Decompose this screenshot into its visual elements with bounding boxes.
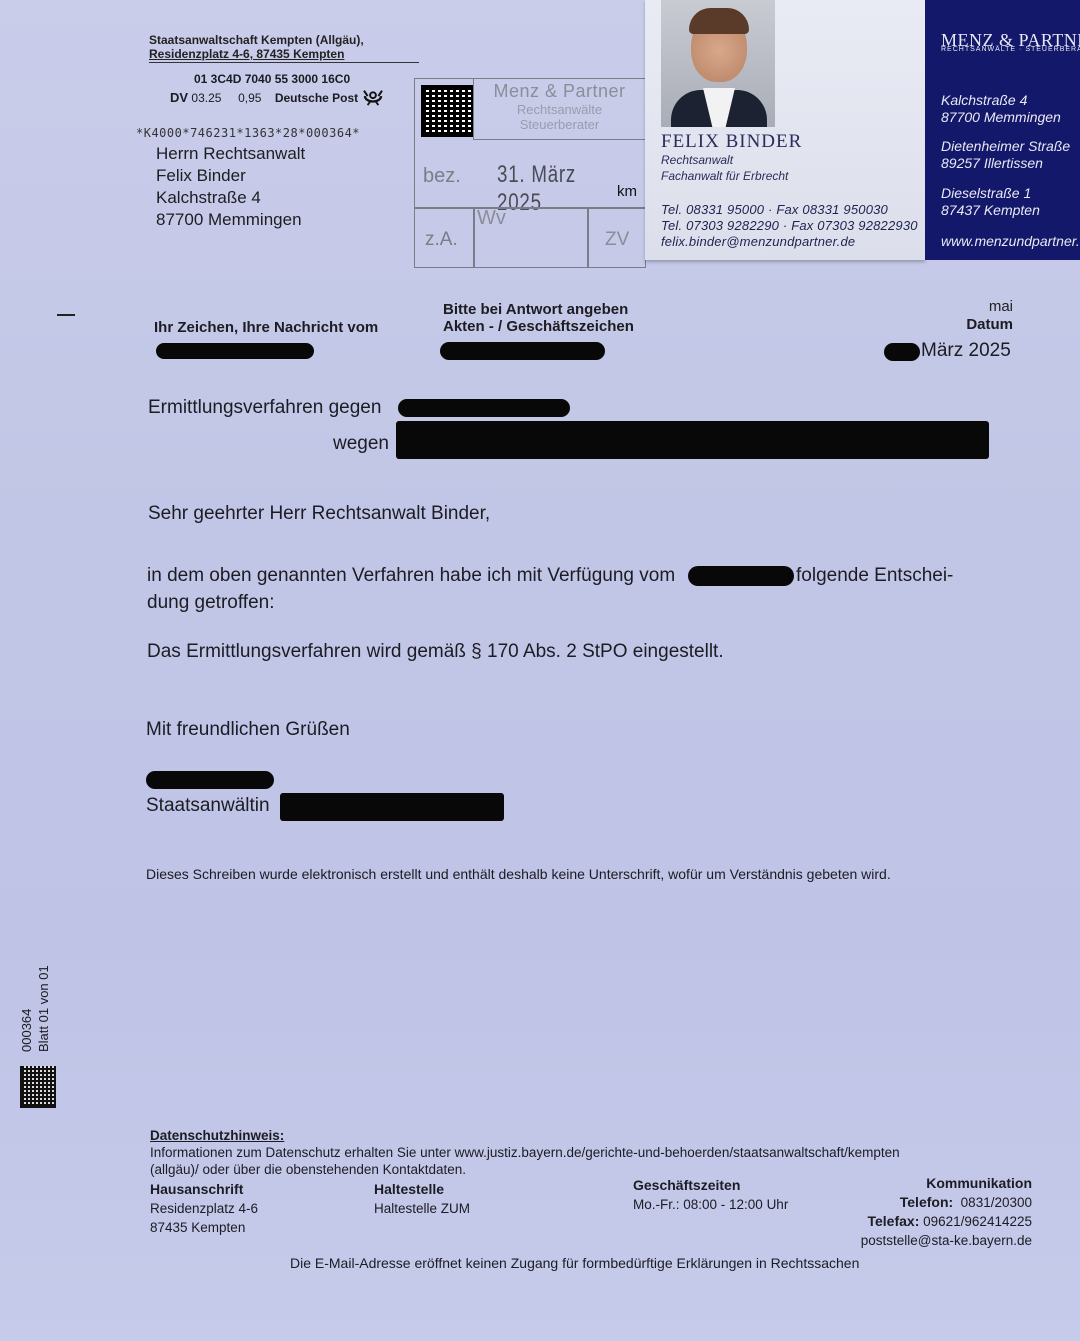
paragraph-1-end: folgende Entschei- [796, 565, 953, 587]
card-tel-1: Tel. 08331 95000 · Fax 08331 950030 [661, 202, 918, 218]
electronic-signature-note: Dieses Schreiben wurde elektronisch erst… [146, 866, 891, 882]
your-ref-label: Ihr Zeichen, Ihre Nachricht vom [154, 319, 378, 336]
our-ref-label-1: Bitte bei Antwort angeben [443, 301, 634, 318]
stamp-za-label: z.A. [425, 229, 458, 251]
salutation: Sehr geehrter Herr Rechtsanwalt Binder, [148, 503, 490, 525]
regarding-label: wegen [333, 433, 389, 455]
office-city: 87700 Memmingen [941, 109, 1061, 126]
redaction-order-date [688, 566, 794, 586]
sender-line-2: Residenzplatz 4-6, 87435 Kempten [149, 47, 364, 61]
footer-hours: Geschäftszeiten Mo.-Fr.: 08:00 - 12:00 U… [633, 1176, 788, 1214]
stop-heading: Haltestelle [374, 1181, 444, 1197]
card-email: felix.binder@menzundpartner.de [661, 234, 918, 250]
stop-value: Haltestelle ZUM [374, 1199, 470, 1218]
receipt-stamp: Menz & Partner Rechtsanwälte Steuerberat… [414, 78, 646, 268]
sender-divider [149, 62, 419, 63]
redaction-accused-name [398, 399, 570, 417]
signer-title: Staatsanwältin [146, 795, 270, 817]
phone-label: Telefon: [900, 1194, 953, 1210]
redaction-file-number [440, 342, 605, 360]
office-city: 87437 Kempten [941, 202, 1040, 219]
closing: Mit freundlichen Grüßen [146, 719, 350, 741]
office-city: 89257 Illertissen [941, 155, 1070, 172]
business-card-brand-panel: MENZ & PARTNER RECHTSANWÄLTE · STEUERBER… [925, 0, 1080, 260]
redaction-offense [396, 421, 989, 459]
stamp-firm-block: Menz & Partner Rechtsanwälte Steuerberat… [473, 79, 645, 140]
card-name: FELIX BINDER [661, 131, 802, 153]
stamp-wv-label: Wv [477, 207, 506, 230]
datamatrix-code [421, 85, 473, 137]
decision-statement: Das Ermittlungsverfahren wird gemäß § 17… [147, 641, 724, 663]
recipient-line: 87700 Memmingen [156, 209, 305, 231]
stamp-date: 31. März 2025 [497, 161, 612, 217]
recipient-address: Herrn Rechtsanwalt Felix Binder Kalchstr… [156, 143, 305, 231]
address-line-1: Residenzplatz 4-6 [150, 1199, 258, 1218]
franking-price: 0,95 [238, 91, 261, 105]
fax-label: Telefax: [867, 1213, 919, 1229]
redaction-signer-detail [280, 793, 504, 821]
date-label: Datum [940, 316, 1013, 333]
card-office: Dieselstraße 1 87437 Kempten [941, 185, 1040, 219]
card-tel-2: Tel. 07303 9282290 · Fax 07303 92822930 [661, 218, 918, 234]
our-ref-label: Bitte bei Antwort angeben Akten - / Gesc… [443, 301, 634, 335]
handwritten-km: km [617, 183, 637, 200]
card-role: Rechtsanwalt Fachanwalt für Erbrecht [661, 152, 788, 184]
address-line-2: 87435 Kempten [150, 1218, 258, 1237]
stamp-bez-label: bez. [423, 165, 461, 188]
email-disclaimer: Die E-Mail-Adresse eröffnet keinen Zugan… [290, 1255, 859, 1272]
franking-carrier: Deutsche Post [275, 91, 358, 105]
fax-value: 09621/962414225 [923, 1214, 1032, 1229]
stamp-divider [473, 207, 475, 267]
privacy-heading: Datenschutzhinweis: [150, 1127, 900, 1144]
stamp-firm-sub1: Rechtsanwälte [474, 102, 645, 117]
card-office: Kalchstraße 4 87700 Memmingen [941, 92, 1061, 126]
date-handwritten: mai [940, 298, 1013, 315]
sender-line-1: Staatsanwaltschaft Kempten (Allgäu), [149, 33, 364, 47]
barcode-id: *K4000*746231*1363*28*000364* [136, 126, 360, 140]
proceedings-label: Ermittlungsverfahren gegen [148, 397, 381, 419]
page-indicator: Blatt 01 von 01 [35, 965, 52, 1052]
office-street: Kalchstraße 4 [941, 92, 1061, 109]
paragraph-1-cont: dung getroffen: [147, 592, 274, 614]
sender-address: Staatsanwaltschaft Kempten (Allgäu), Res… [149, 33, 364, 61]
fold-mark [57, 314, 75, 316]
office-street: Dietenheimer Straße [941, 138, 1070, 155]
card-firm-sub: RECHTSANWÄLTE · STEUERBERATER [941, 46, 1080, 53]
privacy-notice: Datenschutzhinweis: Informationen zum Da… [150, 1127, 900, 1178]
side-datamatrix-code [20, 1066, 56, 1108]
posthorn-icon [362, 88, 384, 106]
side-margin-text: 000364 Blatt 01 von 01 [18, 965, 52, 1052]
email-link[interactable]: poststelle@sta-ke.bayern.de [820, 1231, 1032, 1250]
recipient-line: Herrn Rechtsanwalt [156, 143, 305, 165]
card-contact: Tel. 08331 95000 · Fax 08331 950030 Tel.… [661, 202, 918, 250]
business-card: FELIX BINDER Rechtsanwalt Fachanwalt für… [645, 0, 925, 260]
recipient-line: Kalchstraße 4 [156, 187, 305, 209]
card-office: Dietenheimer Straße 89257 Illertissen [941, 138, 1070, 172]
footer-address: Hausanschrift Residenzplatz 4-6 87435 Ke… [150, 1180, 258, 1237]
redaction-signer-name [146, 771, 274, 789]
address-heading: Hausanschrift [150, 1181, 243, 1197]
privacy-text-1: Informationen zum Datenschutz erhalten S… [150, 1144, 900, 1161]
stamp-firm-sub2: Steuerberater [474, 117, 645, 132]
redaction-your-ref [156, 343, 314, 359]
stamp-firm-name: Menz & Partner [474, 81, 645, 102]
card-specialty: Fachanwalt für Erbrecht [661, 168, 788, 184]
phone-value: 0831/20300 [961, 1195, 1032, 1210]
hours-heading: Geschäftszeiten [633, 1177, 740, 1193]
stamp-divider [415, 207, 645, 209]
redaction-date-day [884, 343, 920, 361]
franking-dv-date: 03.25 [191, 91, 221, 105]
hours-value: Mo.-Fr.: 08:00 - 12:00 Uhr [633, 1195, 788, 1214]
franking-dv-label: DV [170, 90, 188, 105]
date-value: März 2025 [921, 340, 1011, 362]
recipient-line: Felix Binder [156, 165, 305, 187]
stamp-zv-label: ZV [605, 229, 629, 251]
doc-number: 000364 [18, 965, 35, 1052]
stamp-divider [587, 207, 589, 267]
card-title: Rechtsanwalt [661, 152, 788, 168]
card-website: www.menzundpartner.de [941, 233, 1080, 250]
comm-heading: Kommunikation [926, 1175, 1032, 1191]
franking-code: 01 3C4D 7040 55 3000 16C0 [170, 71, 384, 88]
footer-stop: Haltestelle Haltestelle ZUM [374, 1180, 470, 1218]
office-street: Dieselstraße 1 [941, 185, 1040, 202]
footer-communication: Kommunikation Telefon: 0831/20300 Telefa… [820, 1174, 1032, 1250]
our-ref-label-2: Akten - / Geschäftszeichen [443, 318, 634, 335]
paragraph-1-start: in dem oben genannten Verfahren habe ich… [147, 565, 675, 587]
postage-franking: 01 3C4D 7040 55 3000 16C0 DV 03.25 0,95 … [170, 71, 384, 107]
portrait-photo [661, 0, 775, 127]
